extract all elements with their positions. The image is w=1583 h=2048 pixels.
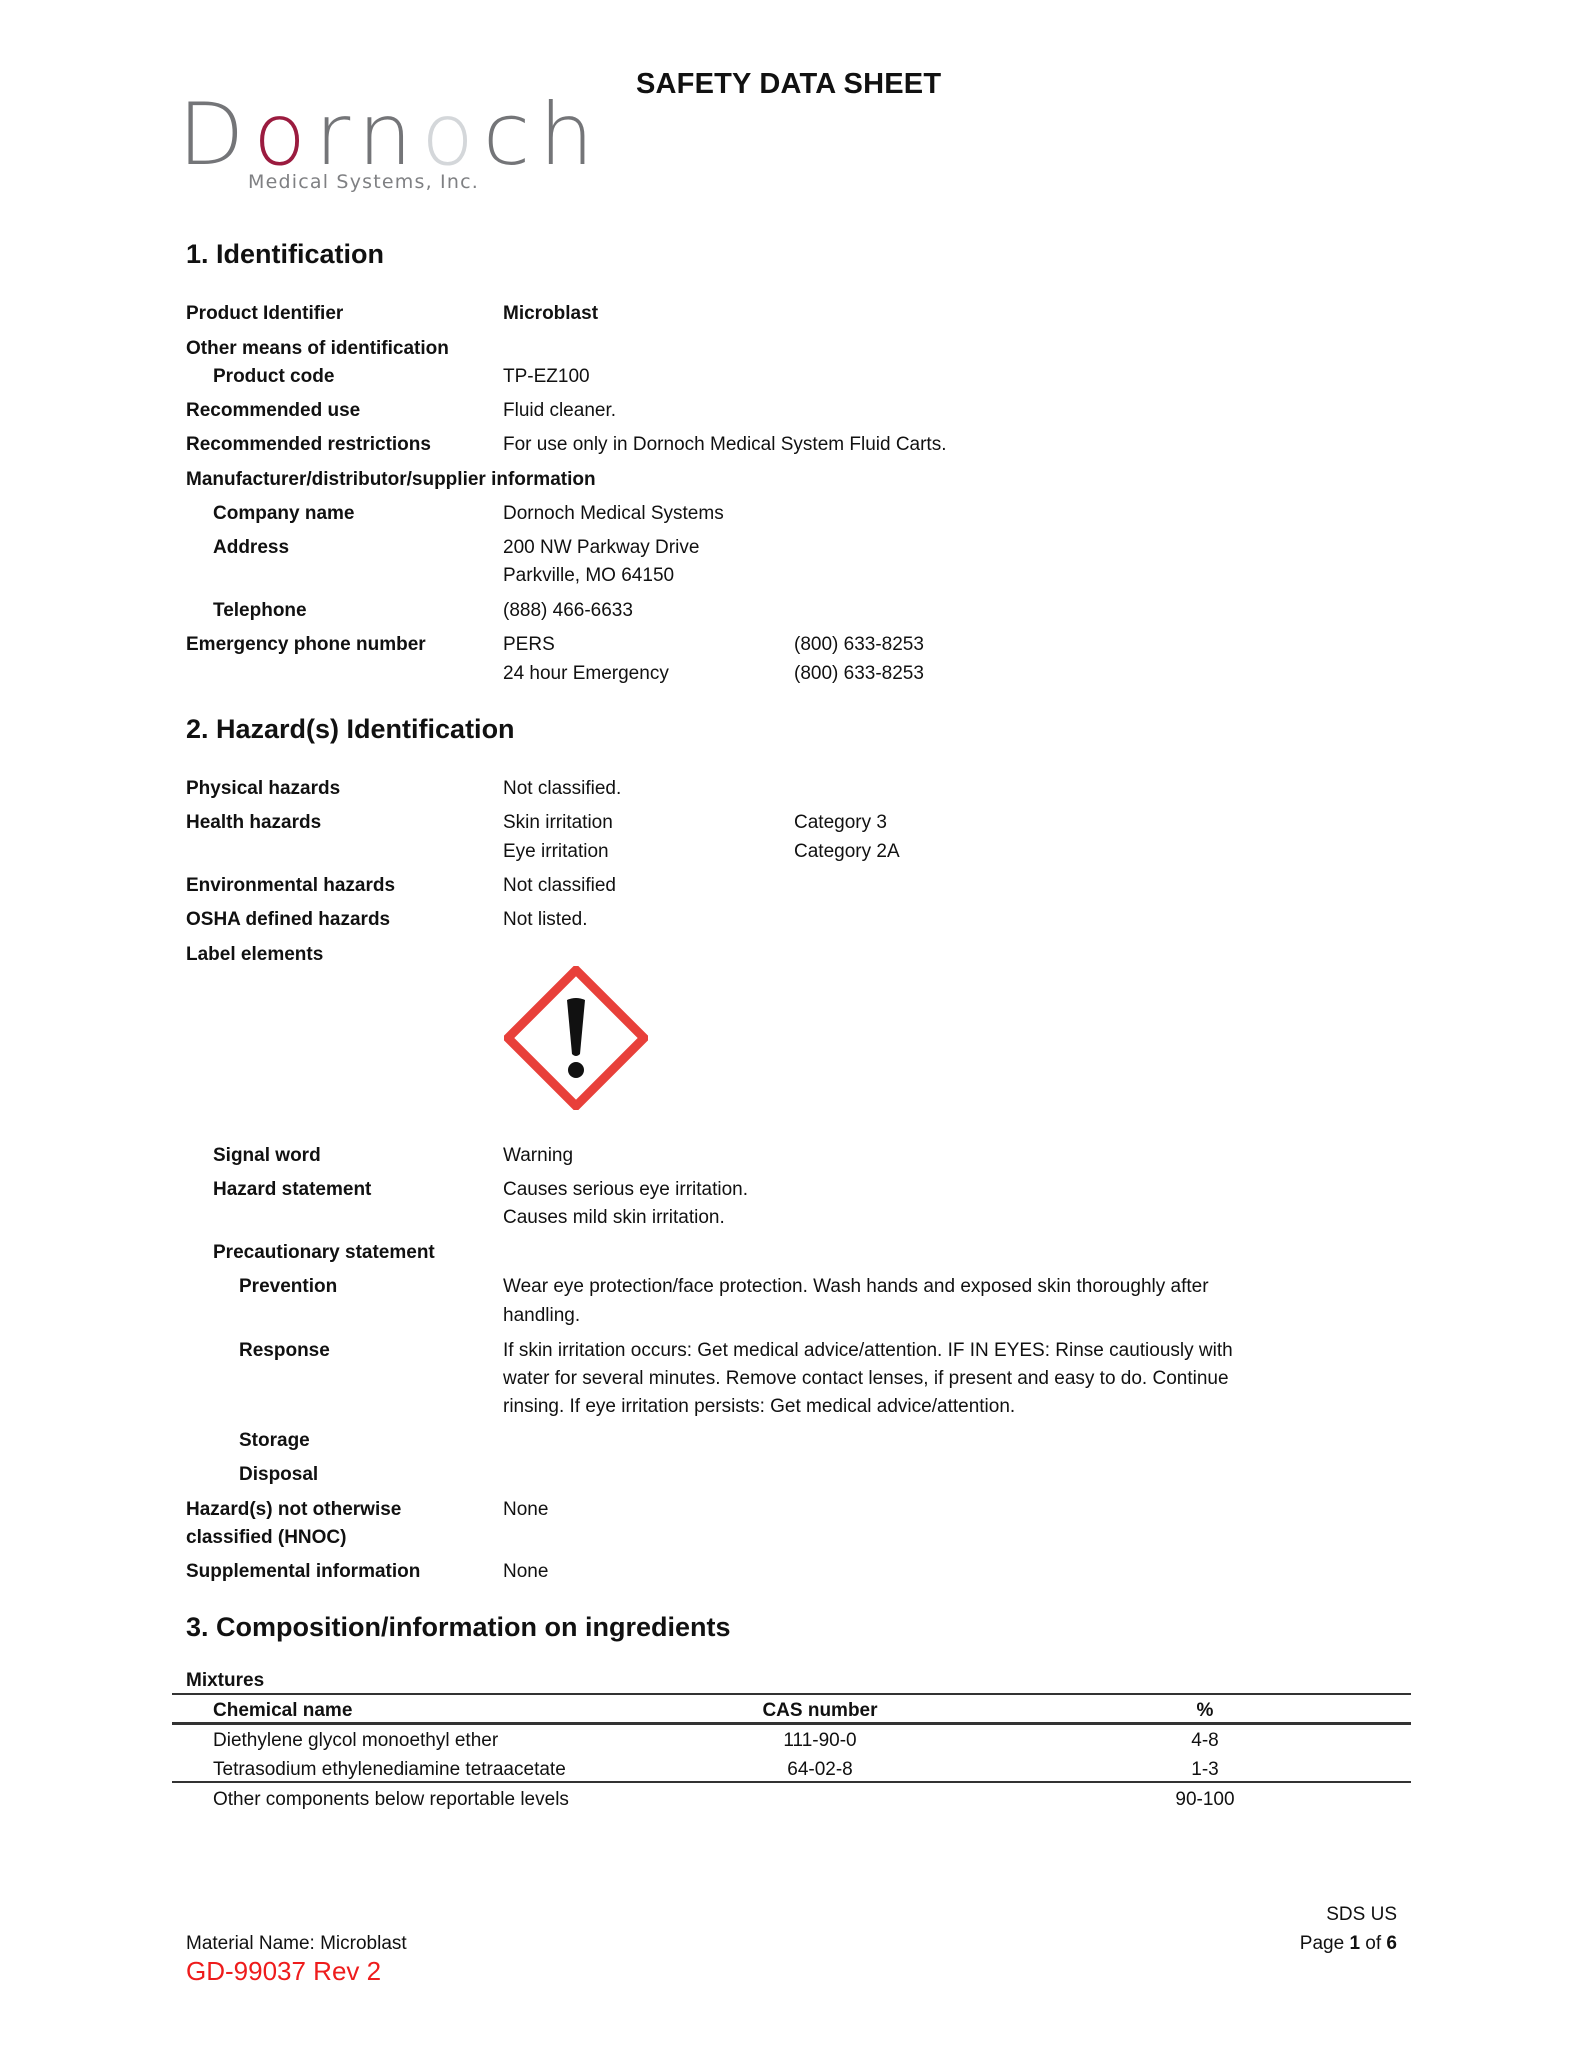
hnoc-value: None — [503, 1496, 548, 1524]
supplemental-info-label: Supplemental information — [186, 1558, 420, 1586]
logo-letter-accent: o — [253, 85, 315, 185]
hazard-statement-line: Causes mild skin irritation. — [503, 1204, 725, 1232]
precautionary-statement-label: Precautionary statement — [213, 1239, 435, 1267]
company-name-label: Company name — [213, 500, 354, 528]
other-components-percent: 90-100 — [1105, 1786, 1305, 1814]
section-1-heading: 1. Identification — [186, 237, 384, 271]
response-line: rinsing. If eye irritation persists: Get… — [503, 1393, 1015, 1421]
emergency-contact-name: 24 hour Emergency — [503, 660, 669, 688]
footer-sds-region: SDS US — [1326, 1901, 1397, 1929]
supplemental-info-value: None — [503, 1558, 548, 1586]
health-hazard-category: Category 3 — [794, 809, 887, 837]
telephone-label: Telephone — [213, 597, 307, 625]
recommended-use-label: Recommended use — [186, 397, 360, 425]
physical-hazards-label: Physical hazards — [186, 775, 340, 803]
document-title: SAFETY DATA SHEET — [636, 68, 941, 101]
response-label: Response — [239, 1337, 330, 1365]
section-3-heading: 3. Composition/information on ingredient… — [186, 1610, 731, 1644]
health-hazard-name: Eye irritation — [503, 838, 609, 866]
hazard-statement-line: Causes serious eye irritation. — [503, 1176, 748, 1204]
logo-letter: n — [358, 85, 422, 185]
environmental-hazards-label: Environmental hazards — [186, 872, 395, 900]
percent-cell: 4-8 — [1105, 1727, 1305, 1755]
emergency-contact-phone: (800) 633-8253 — [794, 660, 924, 688]
other-components-cell: Other components below reportable levels — [213, 1786, 569, 1814]
table-top-rule — [172, 1693, 1411, 1695]
page-of: of — [1360, 1933, 1386, 1954]
environmental-hazards-value: Not classified — [503, 872, 616, 900]
signal-word-label: Signal word — [213, 1142, 321, 1170]
product-code-value: TP-EZ100 — [503, 363, 590, 391]
mixtures-label: Mixtures — [186, 1667, 264, 1695]
product-code-label: Product code — [213, 363, 334, 391]
osha-hazards-value: Not listed. — [503, 906, 587, 934]
hazard-statement-label: Hazard statement — [213, 1176, 371, 1204]
logo-subtitle: Medical Systems, Inc. — [248, 171, 479, 193]
company-logo: Dornoch — [178, 92, 603, 178]
logo-letter-light: o — [421, 85, 483, 185]
recommended-restrictions-value: For use only in Dornoch Medical System F… — [503, 431, 947, 459]
address-label: Address — [213, 534, 289, 562]
telephone-value: (888) 466-6633 — [503, 597, 633, 625]
exclamation-mark-pictogram-icon — [504, 966, 648, 1110]
table-header-cas-number: CAS number — [720, 1697, 920, 1725]
emergency-phone-label: Emergency phone number — [186, 631, 426, 659]
percent-cell: 1-3 — [1105, 1756, 1305, 1784]
address-line-2: Parkville, MO 64150 — [503, 562, 674, 590]
page-current: 1 — [1349, 1933, 1360, 1954]
logo-letter: r — [315, 85, 358, 185]
recommended-restrictions-label: Recommended restrictions — [186, 431, 431, 459]
table-bottom-rule — [172, 1781, 1411, 1783]
manufacturer-label: Manufacturer/distributor/supplier inform… — [186, 466, 596, 494]
recommended-use-value: Fluid cleaner. — [503, 397, 616, 425]
product-identifier-label: Product Identifier — [186, 300, 343, 328]
hnoc-label: classified (HNOC) — [186, 1524, 346, 1552]
prevention-label: Prevention — [239, 1273, 337, 1301]
section-2-heading: 2. Hazard(s) Identification — [186, 712, 515, 746]
table-header-percent: % — [1105, 1697, 1305, 1725]
physical-hazards-value: Not classified. — [503, 775, 621, 803]
hnoc-label: Hazard(s) not otherwise — [186, 1496, 401, 1524]
label-elements-label: Label elements — [186, 941, 323, 969]
footer-document-id: GD-99037 Rev 2 — [186, 1956, 381, 1987]
storage-label: Storage — [239, 1427, 310, 1455]
health-hazards-label: Health hazards — [186, 809, 321, 837]
response-line: water for several minutes. Remove contac… — [503, 1365, 1229, 1393]
chemical-name-cell: Tetrasodium ethylenediamine tetraacetate — [213, 1756, 566, 1784]
footer-material-name: Material Name: Microblast — [186, 1930, 407, 1958]
cas-number-cell: 111-90-0 — [720, 1727, 920, 1755]
company-name-value: Dornoch Medical Systems — [503, 500, 724, 528]
table-header-rule — [172, 1722, 1411, 1725]
cas-number-cell: 64-02-8 — [720, 1756, 920, 1784]
logo-letter: D — [178, 85, 253, 185]
logo-wordmark: Dornoch — [178, 92, 603, 178]
prevention-line: handling. — [503, 1302, 580, 1330]
prevention-line: Wear eye protection/face protection. Was… — [503, 1273, 1209, 1301]
emergency-contact-phone: (800) 633-8253 — [794, 631, 924, 659]
chemical-name-cell: Diethylene glycol monoethyl ether — [213, 1727, 498, 1755]
product-identifier-value: Microblast — [503, 300, 598, 328]
emergency-contact-name: PERS — [503, 631, 555, 659]
logo-letter: h — [539, 85, 603, 185]
page-total: 6 — [1386, 1933, 1397, 1954]
logo-letter: c — [483, 85, 539, 185]
address-line-1: 200 NW Parkway Drive — [503, 534, 699, 562]
signal-word-value: Warning — [503, 1142, 573, 1170]
footer-page-number: Page 1 of 6 — [1300, 1930, 1397, 1958]
health-hazard-category: Category 2A — [794, 838, 900, 866]
disposal-label: Disposal — [239, 1461, 318, 1489]
osha-hazards-label: OSHA defined hazards — [186, 906, 390, 934]
response-line: If skin irritation occurs: Get medical a… — [503, 1337, 1233, 1365]
health-hazard-name: Skin irritation — [503, 809, 613, 837]
other-means-label: Other means of identification — [186, 335, 449, 363]
page-prefix: Page — [1300, 1933, 1350, 1954]
table-header-chemical-name: Chemical name — [213, 1697, 352, 1725]
